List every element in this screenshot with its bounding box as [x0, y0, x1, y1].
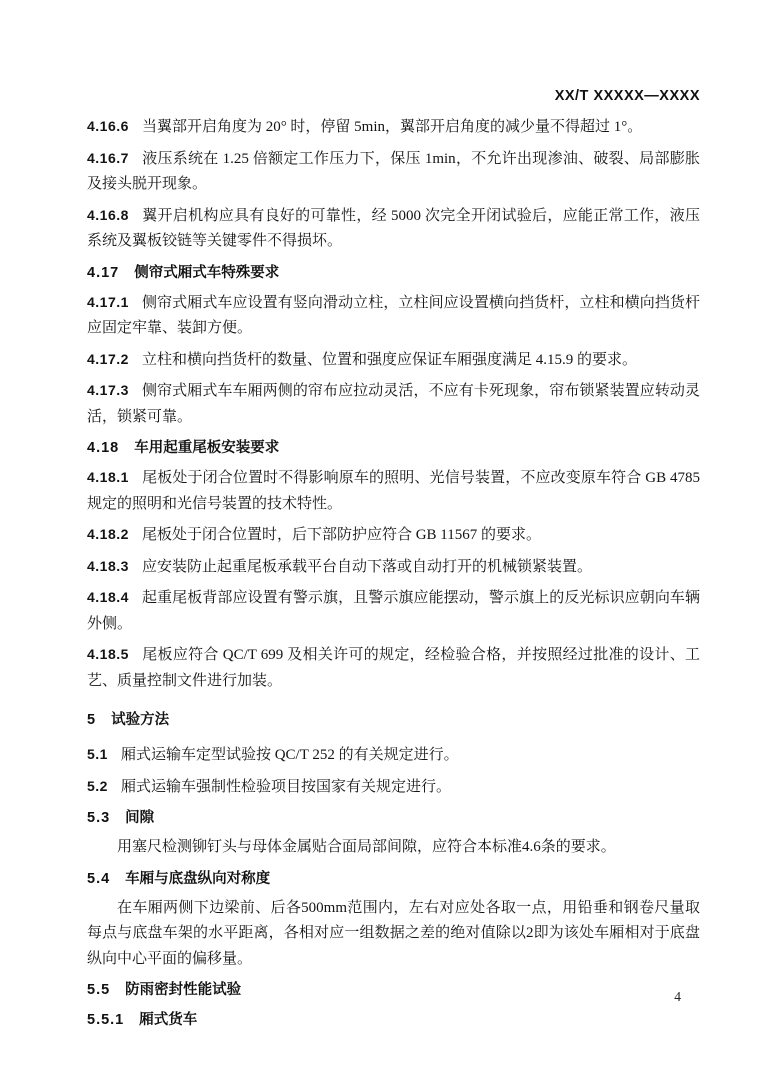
clause-number: 4.16.8	[87, 207, 129, 223]
clause-number: 4.17.2	[87, 351, 129, 367]
heading-5-5: 5.5防雨密封性能试验	[87, 979, 700, 1001]
heading-4-17: 4.17侧帘式厢式车特殊要求	[87, 262, 700, 284]
clause-number: 4.18.4	[87, 589, 129, 605]
clause-text: 尾板处于闭合位置时不得影响原车的照明、光信号装置，不应改变原车符合 GB 478…	[87, 470, 700, 512]
heading-title: 车厢与底盘纵向对称度	[125, 871, 270, 887]
clause-number: 4.18.5	[87, 646, 129, 662]
clause-text: 应安装防止起重尾板承载平台自动下落或自动打开的机械锁紧装置。	[142, 559, 592, 575]
heading-title: 侧帘式厢式车特殊要求	[134, 265, 279, 281]
standard-code-header: XX/T XXXXX—XXXX	[87, 88, 700, 104]
heading-5: 5试验方法	[87, 709, 700, 731]
heading-number: 5.3	[87, 810, 110, 826]
clause-text: 起重尾板背部应设置有警示旗，且警示旗应能摆动，警示旗上的反光标识应朝向车辆外侧。	[87, 590, 700, 632]
clause-4-18-3: 4.18.3应安装防止起重尾板承载平台自动下落或自动打开的机械锁紧装置。	[87, 554, 700, 581]
heading-5-3: 5.3间隙	[87, 807, 700, 829]
heading-number: 5.5	[87, 982, 110, 998]
heading-title: 厢式货车	[139, 1012, 197, 1028]
clause-4-17-3: 4.17.3侧帘式厢式车车厢两侧的帘布应拉动灵活，不应有卡死现象，帘布锁紧装置应…	[87, 378, 700, 430]
clause-4-17-2: 4.17.2立柱和横向挡货杆的数量、位置和强度应保证车厢强度满足 4.15.9 …	[87, 347, 700, 374]
clause-number: 4.17.1	[87, 294, 129, 310]
clause-text: 液压系统在 1.25 倍额定工作压力下，保压 1min，不允许出现渗油、破裂、局…	[87, 151, 700, 193]
heading-title: 防雨密封性能试验	[125, 982, 241, 998]
clause-text: 立柱和横向挡货杆的数量、位置和强度应保证车厢强度满足 4.15.9 的要求。	[142, 352, 637, 368]
heading-number: 5	[87, 712, 96, 728]
clause-number: 4.17.3	[87, 382, 129, 398]
clause-number: 4.16.6	[87, 118, 129, 134]
clause-text: 侧帘式厢式车车厢两侧的帘布应拉动灵活，不应有卡死现象，帘布锁紧装置应转动灵活，锁…	[87, 383, 700, 425]
heading-number: 4.17	[87, 265, 119, 281]
clause-4-18-1: 4.18.1尾板处于闭合位置时不得影响原车的照明、光信号装置，不应改变原车符合 …	[87, 465, 700, 517]
clause-number: 4.16.7	[87, 150, 129, 166]
clause-text: 厢式运输车定型试验按 QC/T 252 的有关规定进行。	[121, 747, 459, 763]
clause-4-18-4: 4.18.4起重尾板背部应设置有警示旗，且警示旗应能摆动，警示旗上的反光标识应朝…	[87, 585, 700, 637]
clause-number: 4.18.1	[87, 469, 129, 485]
heading-number: 4.18	[87, 440, 119, 456]
clause-4-16-6: 4.16.6当翼部开启角度为 20° 时，停留 5min，翼部开启角度的减少量不…	[87, 114, 700, 141]
clause-5-1: 5.1厢式运输车定型试验按 QC/T 252 的有关规定进行。	[87, 742, 700, 769]
clause-number: 4.18.2	[87, 526, 129, 542]
heading-number: 5.5.1	[87, 1012, 124, 1028]
paragraph-5-3-body: 用塞尺检测铆钉头与母体金属贴合面局部间隙，应符合本标准4.6条的要求。	[87, 835, 700, 861]
heading-5-4: 5.4车厢与底盘纵向对称度	[87, 868, 700, 890]
document-body: 4.16.6当翼部开启角度为 20° 时，停留 5min，翼部开启角度的减少量不…	[87, 114, 700, 1037]
clause-5-2: 5.2厢式运输车强制性检验项目按国家有关规定进行。	[87, 774, 700, 801]
clause-text: 当翼部开启角度为 20° 时，停留 5min，翼部开启角度的减少量不得超过 1°…	[142, 119, 642, 135]
clause-number: 4.18.3	[87, 558, 129, 574]
heading-4-18: 4.18车用起重尾板安装要求	[87, 437, 700, 459]
clause-text: 尾板应符合 QC/T 699 及相关许可的规定，经检验合格，并按照经过批准的设计…	[87, 647, 700, 689]
heading-title: 间隙	[125, 810, 154, 826]
clause-text: 侧帘式厢式车应设置有竖向滑动立柱，立柱间应设置横向挡货杆，立柱和横向挡货杆应固定…	[87, 295, 700, 337]
paragraph-5-4-body: 在车厢两侧下边梁前、后各500mm范围内，左右对应处各取一点，用铅垂和钢卷尺量取…	[87, 896, 700, 973]
heading-title: 车用起重尾板安装要求	[134, 440, 279, 456]
clause-number: 5.2	[87, 778, 108, 794]
clause-text: 尾板处于闭合位置时，后下部防护应符合 GB 11567 的要求。	[142, 527, 541, 543]
clause-text: 翼开启机构应具有良好的可靠性，经 5000 次完全开闭试验后，应能正常工作，液压…	[87, 208, 700, 250]
clause-4-18-5: 4.18.5尾板应符合 QC/T 699 及相关许可的规定，经检验合格，并按照经…	[87, 642, 700, 694]
heading-number: 5.4	[87, 871, 110, 887]
document-page: XX/T XXXXX—XXXX 4.16.6当翼部开启角度为 20° 时，停留 …	[0, 0, 761, 1068]
clause-4-16-7: 4.16.7液压系统在 1.25 倍额定工作压力下，保压 1min，不允许出现渗…	[87, 146, 700, 198]
clause-text: 厢式运输车强制性检验项目按国家有关规定进行。	[121, 779, 451, 795]
heading-5-5-1: 5.5.1厢式货车	[87, 1009, 700, 1031]
heading-title: 试验方法	[111, 712, 169, 728]
page-number: 4	[674, 989, 681, 1005]
clause-4-17-1: 4.17.1侧帘式厢式车应设置有竖向滑动立柱，立柱间应设置横向挡货杆，立柱和横向…	[87, 290, 700, 342]
clause-number: 5.1	[87, 746, 108, 762]
clause-4-16-8: 4.16.8翼开启机构应具有良好的可靠性，经 5000 次完全开闭试验后，应能正…	[87, 203, 700, 255]
clause-4-18-2: 4.18.2尾板处于闭合位置时，后下部防护应符合 GB 11567 的要求。	[87, 522, 700, 549]
